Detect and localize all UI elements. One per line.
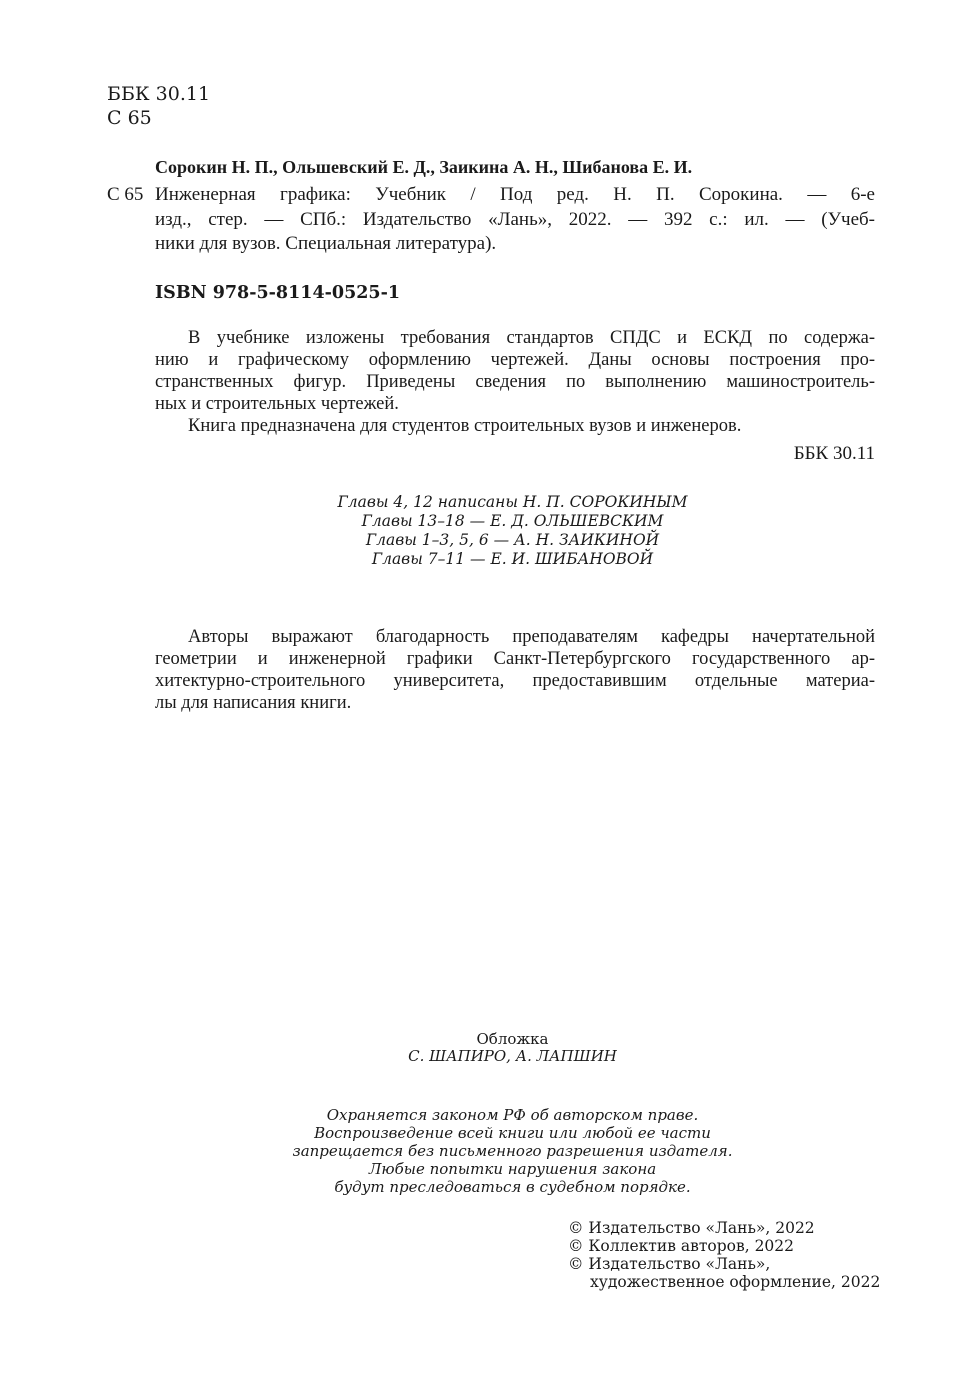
copyright-line: © Издательство «Лань», 2022 — [568, 1219, 880, 1237]
copyright-line: художественное оформление, 2022 — [568, 1273, 880, 1291]
legal-line: Любые попытки нарушения закона — [0, 1160, 975, 1178]
acknowledgement-line: Авторы выражают благодарность преподават… — [155, 626, 875, 648]
copyright-block: © Издательство «Лань», 2022 © Коллектив … — [568, 1219, 880, 1291]
copyright-line: © Коллектив авторов, 2022 — [568, 1237, 880, 1255]
copyright-line: © Издательство «Лань», — [568, 1255, 880, 1273]
acknowledgement: Авторы выражают благодарность преподават… — [155, 626, 875, 714]
authors-line: Сорокин Н. П., Ольшевский Е. Д., Заикина… — [155, 157, 692, 178]
biblio-line: изд., стер. — СПб.: Издательство «Лань»,… — [155, 208, 875, 233]
abstract-line: Книга предназначена для студентов строит… — [155, 415, 875, 437]
bibliographic-description: С 65 Инженерная графика: Учебник / Под р… — [107, 183, 875, 257]
chapter-credit: Главы 1–3, 5, 6 — А. Н. ЗАИКИНОЙ — [0, 531, 975, 550]
biblio-line: Инженерная графика: Учебник / Под ред. Н… — [155, 183, 875, 208]
abstract-line: странственных фигур. Приведены сведения … — [155, 371, 875, 393]
legal-notice: Охраняется законом РФ об авторском праве… — [0, 1106, 975, 1196]
legal-line: Воспроизведение всей книги или любой ее … — [0, 1124, 975, 1142]
abstract: В учебнике изложены требования стандарто… — [155, 327, 875, 437]
isbn: ISBN 978-5-8114-0525-1 — [155, 283, 400, 303]
chapter-credit: Главы 13–18 — Е. Д. ОЛЬШЕВСКИМ — [0, 512, 975, 531]
abstract-line: нию и графическому оформлению чертежей. … — [155, 349, 875, 371]
legal-line: Охраняется законом РФ об авторском праве… — [0, 1106, 975, 1124]
author-sign-inline: С 65 — [107, 183, 143, 208]
cover-designers: С. ШАПИРО, А. ЛАПШИН — [0, 1048, 975, 1065]
abstract-bbk: ББК 30.11 — [794, 443, 875, 465]
legal-line: будут преследоваться в судебном порядке. — [0, 1178, 975, 1196]
acknowledgement-line: геометрии и инженерной графики Санкт-Пет… — [155, 648, 875, 670]
acknowledgement-line: лы для написания книги. — [155, 692, 875, 714]
chapter-credits: Главы 4, 12 написаны Н. П. СОРОКИНЫМ Гла… — [0, 493, 975, 569]
abstract-line: ных и строительных чертежей. — [155, 393, 875, 415]
bbk-code: ББК 30.11 — [107, 82, 210, 106]
legal-line: запрещается без письменного разрешения и… — [0, 1142, 975, 1160]
acknowledgement-line: хитектурно-строительного университета, п… — [155, 670, 875, 692]
author-sign: С 65 — [107, 106, 152, 130]
biblio-line: ники для вузов. Специальная литература). — [155, 232, 875, 257]
cover-credit: Обложка С. ШАПИРО, А. ЛАПШИН — [0, 1031, 975, 1065]
chapter-credit: Главы 4, 12 написаны Н. П. СОРОКИНЫМ — [0, 493, 975, 512]
abstract-line: В учебнике изложены требования стандарто… — [155, 327, 875, 349]
cover-label: Обложка — [0, 1031, 975, 1048]
chapter-credit: Главы 7–11 — Е. И. ШИБАНОВОЙ — [0, 550, 975, 569]
